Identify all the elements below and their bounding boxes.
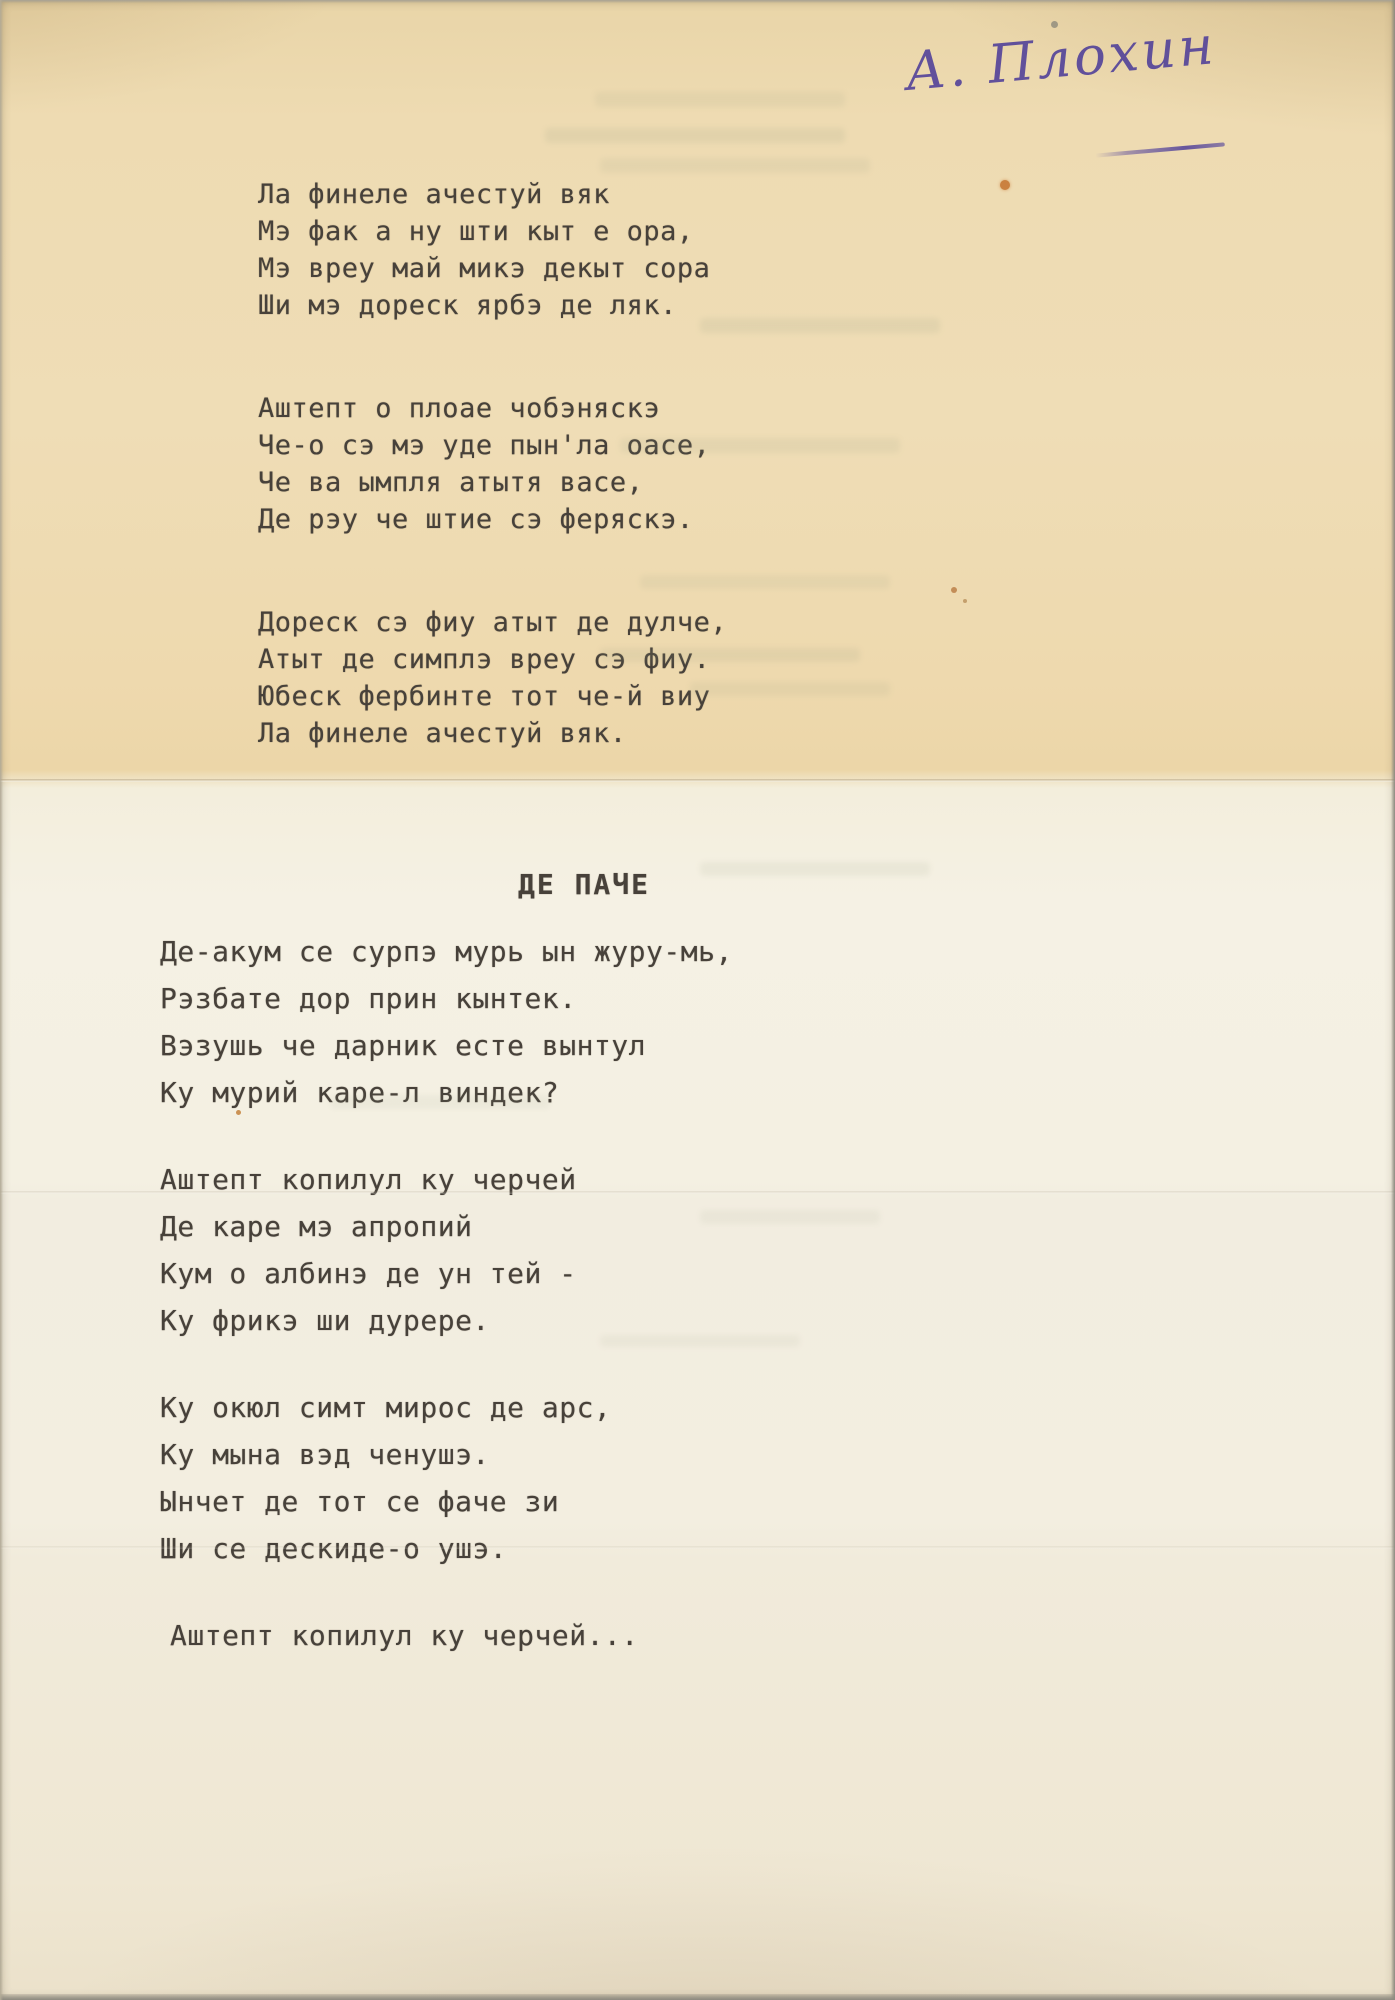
bleed-through-mark	[330, 1095, 550, 1109]
poem-line: Мэ вреу май микэ декыт сора	[258, 250, 727, 287]
poem-line: Аштепт о плоае чобэняскэ	[258, 390, 727, 427]
poem-1-stanza-2: Аштепт о плоае чобэняскэ Че-о сэ мэ уде …	[258, 390, 727, 538]
poem-line: Ши мэ дореск ярбэ де ляк.	[258, 287, 727, 324]
stain-dot	[951, 587, 957, 593]
bleed-through-mark	[700, 318, 940, 333]
poem-line: Дореск сэ фиу атыт де дулче,	[258, 604, 727, 641]
signature-underline-stroke	[1095, 142, 1225, 157]
bleed-through-mark	[600, 1335, 800, 1347]
bleed-through-mark	[600, 648, 860, 662]
bleed-through-mark	[620, 438, 900, 453]
poem-line: Кум о албинэ де ун тей -	[160, 1250, 733, 1297]
scanned-page: А. Плохин Ла финеле ачестуй вяк Мэ фак а…	[0, 0, 1395, 2000]
poem-line: Рэзбате дор прин кынтек.	[160, 975, 733, 1022]
bleed-through-mark	[600, 158, 870, 173]
poem-1-stanza-1: Ла финеле ачестуй вяк Мэ фак а ну шти кы…	[258, 176, 727, 324]
bleed-through-mark	[640, 575, 890, 589]
scan-edge	[0, 0, 3, 2000]
poem-line: Де каре мэ апропий	[160, 1203, 733, 1250]
stain-dot	[1051, 21, 1058, 28]
stain-dot	[963, 599, 967, 603]
poem-line: Аштепт копилул ку черчей	[160, 1156, 733, 1203]
fold-crease	[0, 1546, 1395, 1549]
poem-line: Ку окюл симт мирос де арс,	[160, 1384, 733, 1431]
poem-line: Мэ фак а ну шти кыт е ора,	[258, 213, 727, 250]
poem-2-stanza-1: Де-акум се сурпэ мурь ын журу-мь, Рэзбат…	[160, 928, 733, 1116]
scan-edge	[0, 1994, 1395, 2000]
stain-dot	[1000, 180, 1010, 190]
poem-line: Де рэу че штие сэ феряскэ.	[258, 501, 727, 538]
poem-line: Ла финеле ачестуй вяк	[258, 176, 727, 213]
poem-1: Ла финеле ачестуй вяк Мэ фак а ну шти кы…	[258, 176, 727, 818]
poem-2-stanza-2: Аштепт копилул ку черчей Де каре мэ апро…	[160, 1156, 733, 1344]
poem-2-stanza-3: Ку окюл симт мирос де арс, Ку мына вэд ч…	[160, 1384, 733, 1572]
bleed-through-mark	[690, 682, 890, 696]
poem-2-closing-line: Аштепт копилул ку черчей...	[160, 1612, 733, 1659]
signature-handwriting: А. Плохин	[903, 10, 1277, 103]
poem-line: Че ва ымпля атытя васе,	[258, 464, 727, 501]
bleed-through-mark	[700, 1210, 880, 1224]
poem-line: Ла финеле ачестуй вяк.	[258, 715, 727, 752]
poem-line: Ку мына вэд ченушэ.	[160, 1431, 733, 1478]
scan-edge	[0, 0, 1395, 3]
scan-edge	[1391, 0, 1395, 2000]
poem-line: Де-акум се сурпэ мурь ын журу-мь,	[160, 928, 733, 975]
fold-crease	[0, 1191, 1395, 1194]
poem-2-title: ДЕ ПАЧЕ	[518, 868, 650, 901]
poem-line: Юбеск фербинте тот че-й виу	[258, 678, 727, 715]
fold-crease	[0, 779, 1395, 782]
bleed-through-mark	[545, 128, 845, 143]
poem-1-stanza-3: Дореск сэ фиу атыт де дулче, Атыт де сим…	[258, 604, 727, 752]
bleed-through-mark	[595, 92, 845, 107]
bleed-through-mark	[700, 862, 930, 876]
poem-2: Де-акум се сурпэ мурь ын журу-мь, Рэзбат…	[160, 928, 733, 1659]
poem-line: Ынчет де тот се фаче зи	[160, 1478, 733, 1525]
stain-dot	[236, 1110, 241, 1115]
poem-line: Вэзушь че дарник есте вынтул	[160, 1022, 733, 1069]
